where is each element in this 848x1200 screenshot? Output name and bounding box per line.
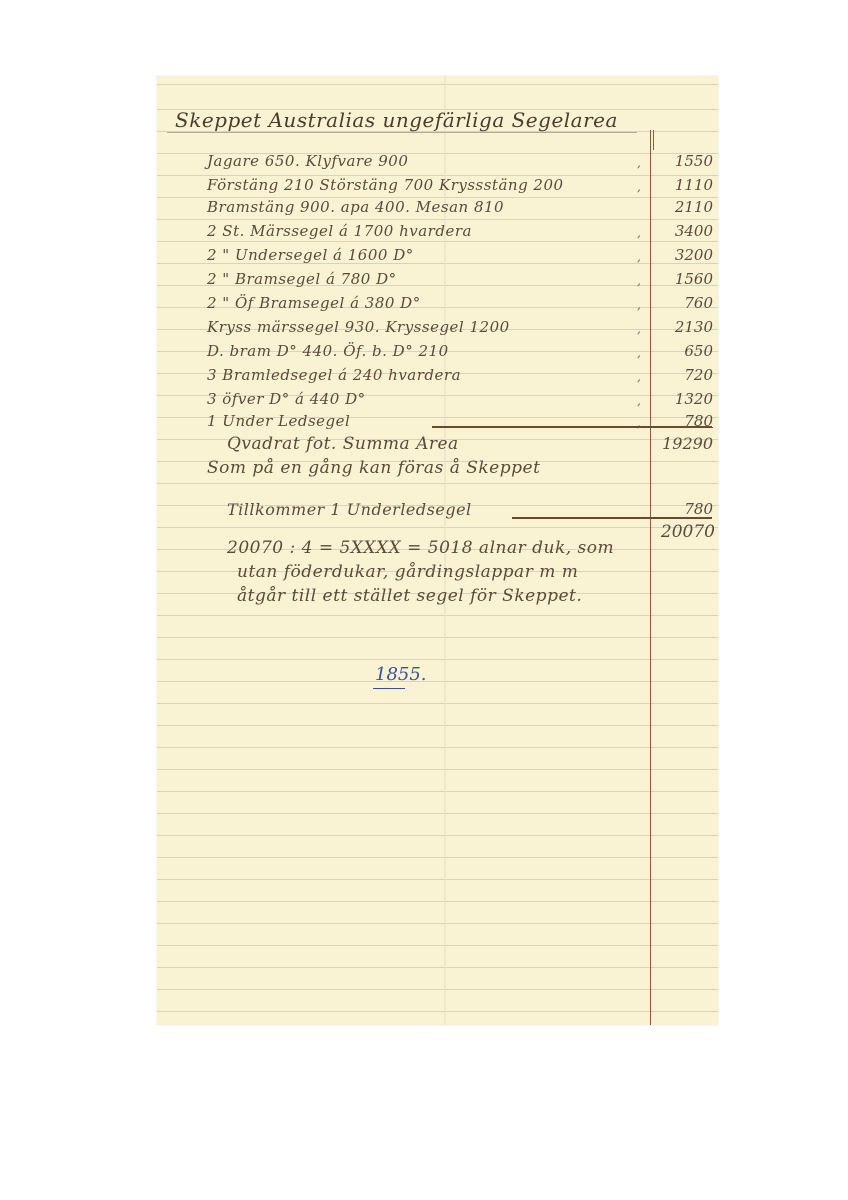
tick-mark: , xyxy=(637,156,641,170)
item-amount-4: 3400 xyxy=(657,222,713,240)
amount-column-rule xyxy=(650,130,651,1025)
item-row-3: Bramstäng 900. apa 400. Mesan 810 xyxy=(207,198,504,216)
item-amount-2: 1110 xyxy=(657,176,713,194)
tick-mark: , xyxy=(637,394,641,408)
item-amount-8: 2130 xyxy=(657,318,713,336)
subtotal-label-1: Qvadrat fot. Summa Area xyxy=(227,434,459,454)
item-amount-6: 1560 xyxy=(657,270,713,288)
tick-mark: , xyxy=(637,346,641,360)
subtotal-label-2: Som på en gång kan föras å Skeppet xyxy=(207,458,540,478)
item-row-12: 1 Under Ledsegel xyxy=(207,412,350,430)
addition-amount: 780 xyxy=(657,500,713,518)
item-row-7: 2 " Öf Bramsegel á 380 D° xyxy=(207,294,421,312)
item-row-2: Förstäng 210 Störstäng 700 Kryssstäng 20… xyxy=(207,176,564,194)
manuscript-page: Skeppet Australias ungefärliga Segelarea… xyxy=(157,76,718,1025)
item-amount-11: 1320 xyxy=(657,390,713,408)
note-line-2: utan föderdukar, gårdingslappar m m xyxy=(237,562,578,582)
year-annotation: 1855. xyxy=(375,664,427,685)
item-row-8: Kryss märssegel 930. Kryssegel 1200 xyxy=(207,318,510,336)
year-underline xyxy=(373,688,405,689)
tick-mark: , xyxy=(637,274,641,288)
sum-rule xyxy=(432,426,712,428)
tick-mark: , xyxy=(637,416,641,430)
tick-mark: , xyxy=(637,180,641,194)
item-amount-5: 3200 xyxy=(657,246,713,264)
tick-mark: , xyxy=(637,322,641,336)
item-row-6: 2 " Bramsegel á 780 D° xyxy=(207,270,397,288)
document-title: Skeppet Australias ungefärliga Segelarea xyxy=(175,108,618,132)
tick-mark: , xyxy=(637,226,641,240)
item-amount-3: 2110 xyxy=(657,198,713,216)
item-amount-10: 720 xyxy=(657,366,713,384)
note-line-1: 20070 : 4 = 5XXXX = 5018 alnar duk, som xyxy=(227,538,614,558)
item-row-1: Jagare 650. Klyfvare 900 xyxy=(207,152,408,170)
tick-mark: , xyxy=(637,370,641,384)
note-line-3: åtgår till ett stället segel för Skeppet… xyxy=(237,586,582,606)
tick-mark: , xyxy=(637,298,641,312)
subtotal-amount: 19290 xyxy=(657,434,713,453)
item-amount-7: 760 xyxy=(657,294,713,312)
addition-label: Tillkommer 1 Underledsegel xyxy=(227,500,472,519)
item-row-5: 2 " Undersegel á 1600 D° xyxy=(207,246,414,264)
title-underline xyxy=(167,132,637,133)
item-row-4: 2 St. Märssegel á 1700 hvardera xyxy=(207,222,472,240)
item-row-10: 3 Bramledsegel á 240 hvardera xyxy=(207,366,461,384)
item-row-11: 3 öfver D° á 440 D° xyxy=(207,390,366,408)
tick-mark: , xyxy=(637,250,641,264)
item-amount-1: 1550 xyxy=(657,152,713,170)
item-row-9: D. bram D° 440. Öf. b. D° 210 xyxy=(207,342,449,360)
item-amount-9: 650 xyxy=(657,342,713,360)
amount-column-rule-double xyxy=(653,130,654,150)
grand-total: 20070 xyxy=(647,522,715,542)
